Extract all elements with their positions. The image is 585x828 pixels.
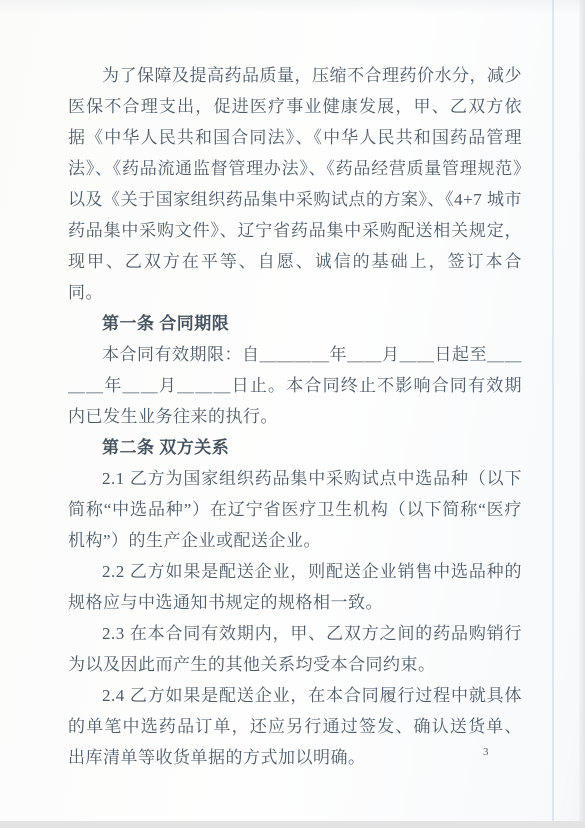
paragraph-contract-term-dates: 本合同有效期限：自＿＿＿＿年＿＿月＿＿日起至＿＿＿＿年＿＿月＿＿＿日止。本合同终… (68, 339, 522, 432)
clause-2-4: 2.4 乙方如果是配送企业，在本合同履行过程中就具体的单笔中选药品订单，还应另行… (68, 680, 522, 773)
scan-fold-line (552, 0, 554, 828)
scan-edge-top (0, 0, 585, 14)
heading-article-1-contract-term: 第一条 合同期限 (68, 308, 522, 339)
paragraph-preamble: 为了保障及提高药品质量，压缩不合理药价水分，减少医保不合理支出，促进医疗事业健康… (68, 60, 522, 308)
clause-2-1: 2.1 乙方为国家组织药品集中采购试点中选品种（以下简称“中选品种”）在辽宁省医… (68, 463, 522, 556)
scan-edge-bottom (0, 821, 585, 828)
scan-edge-right (579, 0, 585, 828)
contract-body: 为了保障及提高药品质量，压缩不合理药价水分，减少医保不合理支出，促进医疗事业健康… (68, 60, 522, 773)
clause-2-2: 2.2 乙方如果是配送企业，则配送企业销售中选品种的规格应与中选通知书规定的规格… (68, 556, 522, 618)
page-number: 3 (483, 745, 489, 759)
clause-2-3: 2.3 在本合同有效期内，甲、乙双方之间的药品购销行为以及因此而产生的其他关系均… (68, 618, 522, 680)
heading-article-2-party-relationship: 第二条 双方关系 (68, 432, 522, 463)
scanned-contract-page: 为了保障及提高药品质量，压缩不合理药价水分，减少医保不合理支出，促进医疗事业健康… (0, 0, 585, 828)
